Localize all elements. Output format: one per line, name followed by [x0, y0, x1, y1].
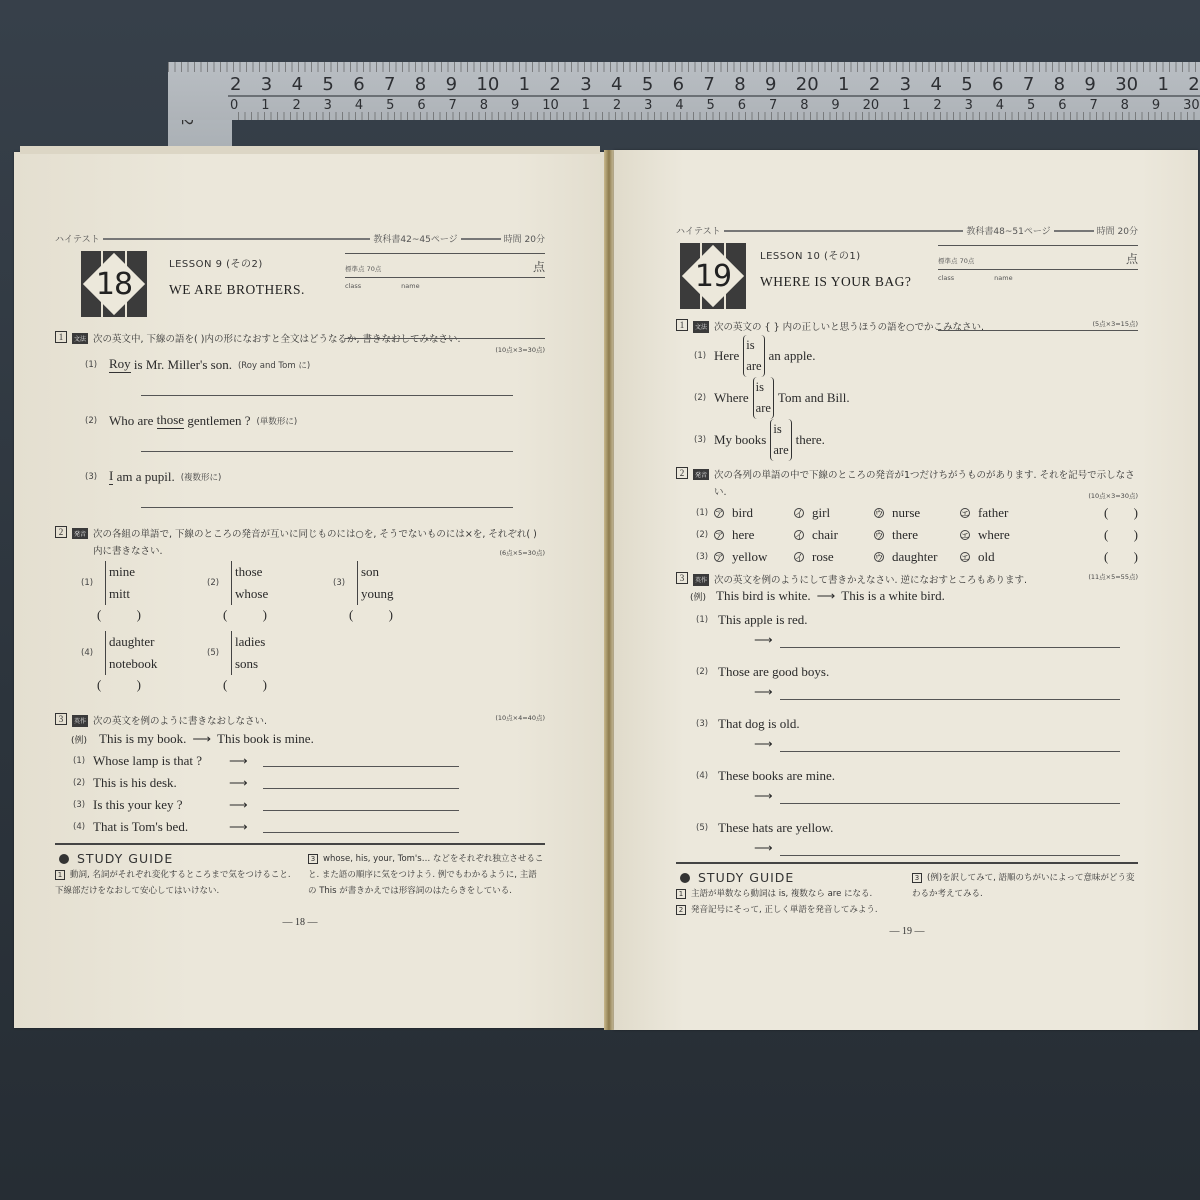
example-sentence: This is my book. [99, 731, 186, 747]
score-field[interactable]: 点 [1126, 250, 1138, 267]
answer-line[interactable] [780, 842, 1120, 856]
paren-open: ( [1104, 527, 1108, 543]
rewrite-item: (1)This apple is red. [696, 612, 1138, 628]
lesson-title: WHERE IS YOUR BAG? [760, 274, 911, 290]
item-number: (5) [207, 648, 231, 658]
header-rule [461, 238, 501, 240]
brace-options: isare [770, 419, 791, 461]
answer-parens[interactable]: () [349, 607, 393, 623]
lesson-title: WE ARE BROTHERS. [169, 282, 305, 298]
page-number: — 18 — [55, 917, 545, 928]
ruler-number: 1 [1157, 74, 1168, 95]
paren-open: ( [97, 607, 101, 623]
ruler-number: 9 [765, 74, 776, 95]
underlined-word: those [157, 412, 184, 429]
answer-parens[interactable]: () [97, 677, 141, 693]
arrow-icon: ⟶ [754, 788, 780, 804]
study-guide: STUDY GUIDE 1動詞, 名詞がそれぞれ変化するところまで気をつけること… [55, 843, 545, 899]
item-number: (1) [73, 756, 93, 766]
word: here [732, 527, 754, 543]
ruler-number: 7 [1089, 98, 1097, 113]
left-worksheet: ハイテスト 教科書42~45ページ 時間 20分 18 LESSON 9 (その… [55, 232, 545, 928]
question-3: 3 英作 次の英文を例のように書きなおしなさい. (10点×4=40点) (例)… [55, 713, 545, 835]
ruler-number: 7 [1023, 74, 1034, 95]
choice-option: イchair [794, 527, 874, 543]
rewrite-item: (4)These books are mine. [696, 768, 1138, 784]
ruler-top-numbers: 2345678910123456789201234567893012 [230, 74, 1200, 95]
choice-item: (3)My booksisarethere. [694, 419, 1138, 461]
ruler-center-line [228, 95, 1200, 97]
answer-line[interactable] [263, 821, 459, 833]
answer-row: ⟶ [754, 684, 1138, 700]
points: (10点×3=30点) [55, 345, 545, 354]
ruler-number: 8 [1054, 74, 1065, 95]
note-number: 3 [308, 854, 318, 864]
choice-option: アyellow [714, 549, 794, 565]
header-rule [1054, 230, 1094, 232]
word: notebook [109, 653, 157, 675]
series-name: ハイテスト [676, 224, 721, 237]
word: nurse [892, 505, 920, 521]
ruler-number: 5 [386, 98, 394, 113]
answer-line[interactable] [780, 790, 1120, 804]
paren-close: ) [1134, 549, 1138, 565]
circled-marker-icon: エ [960, 530, 970, 540]
ruler-number: 10 [476, 74, 499, 95]
circled-marker-icon: ア [714, 508, 724, 518]
word: those [235, 561, 268, 583]
bullet-icon [59, 854, 69, 864]
underlined-word: Roy [109, 356, 131, 373]
item-number: (5) [696, 823, 718, 833]
name-field[interactable]: name [401, 282, 419, 290]
answer-line[interactable] [263, 777, 459, 789]
word: yellow [732, 549, 767, 565]
option-are[interactable]: are [756, 398, 771, 419]
arrow-icon: ⟶ [754, 684, 780, 700]
sentence: Is this your key ? [93, 797, 229, 813]
ruler-number: 7 [449, 98, 457, 113]
sentence: That is Tom's bed. [93, 819, 229, 835]
paren-open: ( [223, 677, 227, 693]
series-name: ハイテスト [55, 232, 100, 245]
sentence-part: gentlemen ? [184, 413, 250, 429]
time-limit: 時間 20分 [504, 232, 545, 245]
example-label: (例) [71, 733, 99, 746]
paren-open: ( [223, 607, 227, 623]
answer-line[interactable] [263, 799, 459, 811]
arrow-icon: ⟶ [229, 797, 263, 813]
option-are[interactable]: are [773, 440, 788, 461]
ruler-number: 1 [519, 74, 530, 95]
answer-row: ⟶ [754, 788, 1138, 804]
question-instruction: 次の各組の単語で, 下線のところの発音が互いに同じものには○を, そうでないもの… [93, 526, 545, 560]
word: girl [812, 505, 830, 521]
ruler-ticks-bottom [238, 112, 1200, 120]
ruler-number: 2 [933, 98, 941, 113]
option-is[interactable]: is [756, 377, 771, 398]
note-number: 2 [676, 905, 686, 915]
choice-option: エwhere [960, 527, 1040, 543]
word-pair: (2)thosewhose() [207, 561, 333, 623]
pair-row: (1)minemitt()(2)thosewhose()(3)sonyoung(… [81, 561, 545, 623]
answer-row: ⟶ [754, 840, 1138, 856]
note-number: 1 [676, 889, 686, 899]
word: old [978, 549, 995, 565]
circled-marker-icon: エ [960, 552, 970, 562]
choice-option: アbird [714, 505, 794, 521]
answer-line[interactable] [780, 634, 1120, 648]
ruler-number: 4 [611, 74, 622, 95]
ruler-number: 2 [549, 74, 560, 95]
standard-score: 標準点 70点 [345, 264, 381, 275]
ruler-number: 2 [1188, 74, 1199, 95]
answer-row: ⟶ [754, 736, 1138, 752]
hint: (複数形に) [181, 471, 222, 483]
name-field[interactable]: name [994, 274, 1012, 282]
word: daughter [892, 549, 937, 565]
circled-marker-icon: ウ [874, 530, 884, 540]
circled-marker-icon: ウ [874, 508, 884, 518]
question-tag: 英作 [72, 715, 88, 727]
sentence: That dog is old. [718, 716, 800, 732]
ruler-number: 9 [1152, 98, 1160, 113]
ruler-number: 5 [322, 74, 333, 95]
ruler-number: 6 [673, 74, 684, 95]
question-1: 1 文法 次の英文の { } 内の正しいと思うほうの語を○でかこみなさい. (5… [676, 319, 1138, 461]
paren-open: ( [349, 607, 353, 623]
sentence: This apple is red. [718, 612, 808, 628]
header-rule [724, 230, 964, 232]
word: daughter [109, 631, 157, 653]
circled-marker-icon: ア [714, 552, 724, 562]
word: mitt [109, 583, 135, 605]
textbook-pages: 教科書48~51ページ [966, 224, 1050, 237]
ruler-number: 1 [582, 98, 590, 113]
ruler-ticks-top [168, 62, 1200, 72]
ruler-number: 20 [863, 98, 880, 113]
arrow-icon: ⟶ [754, 632, 780, 648]
rewrite-item: (3)That dog is old. [696, 716, 1138, 732]
option-is[interactable]: is [773, 419, 788, 440]
answer-line[interactable] [141, 507, 513, 508]
arrow-icon: ⟶ [229, 819, 263, 835]
sentence-part: Where [714, 390, 749, 406]
lesson-label: LESSON 10 (その1) [760, 247, 911, 262]
sentence-part: Tom and Bill. [778, 390, 850, 406]
option-is[interactable]: is [746, 335, 761, 356]
question-tag: 発音 [72, 528, 88, 539]
question-2: 2 発音 次の各列の単語の中で下線のところの発音が1つだけちがうものがあります.… [676, 467, 1138, 568]
ruler-number: 7 [769, 98, 777, 113]
paren-close: ) [137, 677, 141, 693]
choice-option: アhere [714, 527, 794, 543]
choice-item: (2)WhereisareTom and Bill. [694, 377, 1138, 419]
sentence: Those are good boys. [718, 664, 829, 680]
choice-option: ウnurse [874, 505, 960, 521]
note-number: 1 [55, 870, 65, 880]
sentence-part: is Mr. Miller's son. [131, 357, 232, 373]
answer-line[interactable] [780, 686, 1120, 700]
item-number: (1) [696, 508, 714, 518]
paren-close: ) [1134, 527, 1138, 543]
study-note: whose, his, your, Tom's… などをそれぞれ独立させること.… [308, 854, 543, 896]
ruler-number: 4 [355, 98, 363, 113]
ruler-number: 2 [292, 98, 300, 113]
word: chair [812, 527, 838, 543]
item-number: (3) [694, 435, 714, 445]
ruler-number: 3 [644, 98, 652, 113]
score-box: 標準点 70点点 classname [345, 253, 545, 339]
ruler-number: 6 [738, 98, 746, 113]
choice-row: (1)アbirdイgirlウnurseエfather() [696, 502, 1138, 524]
item-number: (3) [333, 578, 357, 588]
example-answer: This is a white bird. [841, 588, 945, 604]
paren-open: ( [97, 677, 101, 693]
answer-line[interactable] [780, 738, 1120, 752]
circled-marker-icon: イ [794, 552, 804, 562]
ruler-number: 9 [831, 98, 839, 113]
rewrite-item: (2)Those are good boys. [696, 664, 1138, 680]
item-number: (1) [694, 351, 714, 361]
hint: (単数形に) [257, 415, 298, 427]
book-spine [604, 150, 614, 1030]
lesson-title-block: 18 LESSON 9 (その2) WE ARE BROTHERS. 標準点 7… [55, 251, 545, 317]
word: young [361, 583, 394, 605]
item-number: (3) [85, 472, 109, 482]
ruler-number: 2 [230, 74, 241, 95]
item-number: (2) [694, 393, 714, 403]
item-number: (2) [85, 416, 109, 426]
paren-open: ( [1104, 549, 1108, 565]
score-field[interactable]: 点 [533, 258, 545, 275]
word-pair: (3)sonyoung() [333, 561, 459, 623]
word: whose [235, 583, 268, 605]
question-instruction: 次の英文を例のように書きなおしなさい. [93, 713, 267, 727]
answer-row: ⟶ [754, 632, 1138, 648]
rewrite-item: (1)Whose lamp is that ?⟶ [73, 753, 545, 769]
word: there [892, 527, 918, 543]
brace-options: isare [743, 335, 764, 377]
badge-number: 18 [81, 251, 147, 317]
item-number: (1) [81, 578, 105, 588]
ruler-number: 4 [996, 98, 1004, 113]
question-instruction: 次の英文を例のようにして書きかえなさい. 逆になおすところもあります. [714, 572, 1027, 586]
answer-parens[interactable]: () [97, 607, 141, 623]
item-number: (2) [73, 778, 93, 788]
example-label: (例) [690, 590, 716, 603]
ruler-number: 8 [480, 98, 488, 113]
ruler-number: 3 [324, 98, 332, 113]
item-number: (3) [696, 719, 718, 729]
time-limit: 時間 20分 [1097, 224, 1138, 237]
ruler-number: 30 [1183, 98, 1200, 113]
question-tag: 文法 [693, 321, 709, 333]
page-header: ハイテスト 教科書48~51ページ 時間 20分 [676, 224, 1138, 237]
sentence: This is his desk. [93, 775, 229, 791]
example-row: (例) This bird is white. ⟶ This is a whit… [690, 588, 1138, 604]
page-number: — 19 — [676, 926, 1138, 937]
question-item: (1)Roy is Mr. Miller's son.(Roy and Tom … [85, 356, 545, 373]
word: mine [109, 561, 135, 583]
arrow-icon: ⟶ [754, 736, 780, 752]
item-number: (4) [696, 771, 718, 781]
ruler-number: 2 [613, 98, 621, 113]
ruler-number: 0 [230, 98, 238, 113]
item-number: (2) [207, 578, 231, 588]
paren-close: ) [389, 607, 393, 623]
choice-option: イrose [794, 549, 874, 565]
rewrite-item: (3)Is this your key ?⟶ [73, 797, 545, 813]
paren-close: ) [263, 677, 267, 693]
circled-marker-icon: イ [794, 530, 804, 540]
circled-marker-icon: ウ [874, 552, 884, 562]
ruler-number: 1 [902, 98, 910, 113]
lesson-number-badge: 18 [81, 251, 147, 317]
ruler-number: 3 [261, 74, 272, 95]
option-are[interactable]: are [746, 356, 761, 377]
arrow-icon: ⟶ [817, 588, 836, 604]
item-number: (4) [73, 822, 93, 832]
question-number: 1 [676, 319, 688, 331]
ruler-number: 3 [965, 98, 973, 113]
answer-parens[interactable]: () [223, 677, 267, 693]
answer-parens[interactable]: () [1104, 505, 1138, 521]
paren-close: ) [137, 607, 141, 623]
ruler-number: 9 [446, 74, 457, 95]
word: son [361, 561, 394, 583]
circled-marker-icon: エ [960, 508, 970, 518]
ruler-number: 6 [992, 74, 1003, 95]
rewrite-item: (2)This is his desk.⟶ [73, 775, 545, 791]
question-number: 2 [676, 467, 688, 479]
lesson-title-block: 19 LESSON 10 (その1) WHERE IS YOUR BAG? 標準… [676, 243, 1138, 309]
word: where [978, 527, 1010, 543]
textbook-pages: 教科書42~45ページ [373, 232, 457, 245]
answer-line[interactable] [141, 451, 513, 452]
ruler-number: 4 [292, 74, 303, 95]
study-guide-title: STUDY GUIDE [698, 870, 794, 886]
choice-option: エold [960, 549, 1040, 565]
study-guide: STUDY GUIDE 1主語が単数なら動詞は is, 複数なら are になる… [676, 862, 1138, 918]
page-edge [20, 146, 600, 154]
question-number: 3 [55, 713, 67, 725]
rewrite-item: (4)That is Tom's bed.⟶ [73, 819, 545, 835]
item-number: (2) [696, 530, 714, 540]
question-number: 1 [55, 331, 67, 343]
study-note: (例)を訳してみて, 語順のちがいによって意味がどう変わるか考えてみる. [912, 873, 1135, 899]
ruler-number: 1 [261, 98, 269, 113]
word: rose [812, 549, 834, 565]
answer-line[interactable] [141, 395, 513, 396]
ruler-number: 4 [930, 74, 941, 95]
class-field[interactable]: class [938, 274, 954, 282]
choice-row: (2)アhereイchairウthereエwhere() [696, 524, 1138, 546]
question-number: 3 [676, 572, 688, 584]
sentence-part: Who are [109, 413, 157, 429]
circled-marker-icon: イ [794, 508, 804, 518]
study-guide-title: STUDY GUIDE [77, 851, 173, 867]
ruler-number: 5 [961, 74, 972, 95]
arrow-icon: ⟶ [229, 775, 263, 791]
ruler-number: 1 [838, 74, 849, 95]
points: (10点×4=40点) [495, 713, 545, 722]
word-pair: (4)daughternotebook() [81, 631, 207, 693]
example-sentence: This bird is white. [716, 588, 811, 604]
ruler-number: 8 [734, 74, 745, 95]
question-tag: 発音 [693, 469, 709, 480]
ruler-bottom-numbers: 0123456789101234567892012345678930 [230, 98, 1200, 113]
question-item: (2)Who are those gentlemen ?(単数形に) [85, 412, 545, 429]
ruler-number: 10 [542, 98, 559, 113]
study-note: 動詞, 名詞がそれぞれ変化するところまで気をつけること. 下線部だけをなおして安… [55, 870, 291, 896]
answer-parens[interactable]: () [1104, 527, 1138, 543]
ruler-number: 9 [1084, 74, 1095, 95]
ruler-number: 5 [642, 74, 653, 95]
standard-score: 標準点 70点 [938, 256, 974, 267]
word: sons [235, 653, 265, 675]
ruler-number: 8 [800, 98, 808, 113]
ruler-number: 20 [796, 74, 819, 95]
example-answer: This book is mine. [217, 731, 314, 747]
ruler-number: 4 [675, 98, 683, 113]
question-instruction: 次の各列の単語の中で下線のところの発音が1つだけちがうものがあります. それを記… [714, 467, 1138, 501]
badge-number: 19 [680, 243, 746, 309]
page-header: ハイテスト 教科書42~45ページ 時間 20分 [55, 232, 545, 245]
ruler-number: 5 [707, 98, 715, 113]
sentence-part: an apple. [769, 348, 816, 364]
sentence: Whose lamp is that ? [93, 753, 229, 769]
answer-parens[interactable]: () [223, 607, 267, 623]
sentence: These books are mine. [718, 768, 835, 784]
word: bird [732, 505, 753, 521]
ruler: 2345678910123456789201234567893012 01234… [168, 62, 1200, 120]
question-2: 2 発音 次の各組の単語で, 下線のところの発音が互いに同じものには○を, そう… [55, 526, 545, 693]
sentence-part: My books [714, 432, 766, 448]
choice-item: (1)Hereisarean apple. [694, 335, 1138, 377]
ruler-number: 9 [511, 98, 519, 113]
class-field[interactable]: class [345, 282, 361, 290]
paren-close: ) [1134, 505, 1138, 521]
answer-line[interactable] [263, 755, 459, 767]
item-number: (4) [81, 648, 105, 658]
question-tag: 英作 [693, 574, 709, 586]
score-box: 標準点 70点点 classname [938, 245, 1138, 331]
ruler-number: 3 [900, 74, 911, 95]
circled-marker-icon: ア [714, 530, 724, 540]
study-note: 主語が単数なら動詞は is, 複数なら are になる. [691, 889, 872, 899]
ruler-number: 8 [415, 74, 426, 95]
ruler-number: 3 [580, 74, 591, 95]
paren-open: ( [1104, 505, 1108, 521]
answer-parens[interactable]: () [1104, 549, 1138, 565]
item-number: (2) [696, 667, 718, 677]
hint: (Roy and Tom に) [238, 359, 310, 371]
item-number: (1) [696, 615, 718, 625]
ruler-number: 5 [1027, 98, 1035, 113]
arrow-icon: ⟶ [229, 753, 263, 769]
ruler-number: 7 [384, 74, 395, 95]
arrow-icon: ⟶ [192, 731, 211, 747]
item-number: (3) [73, 800, 93, 810]
pair-row: (4)daughternotebook()(5)ladiessons() [81, 631, 545, 693]
lesson-number-badge: 19 [680, 243, 746, 309]
ruler-number: 7 [703, 74, 714, 95]
word: ladies [235, 631, 265, 653]
ruler-number: 2 [869, 74, 880, 95]
example-row: (例) This is my book. ⟶ This book is mine… [71, 731, 545, 747]
ruler-number: 6 [353, 74, 364, 95]
